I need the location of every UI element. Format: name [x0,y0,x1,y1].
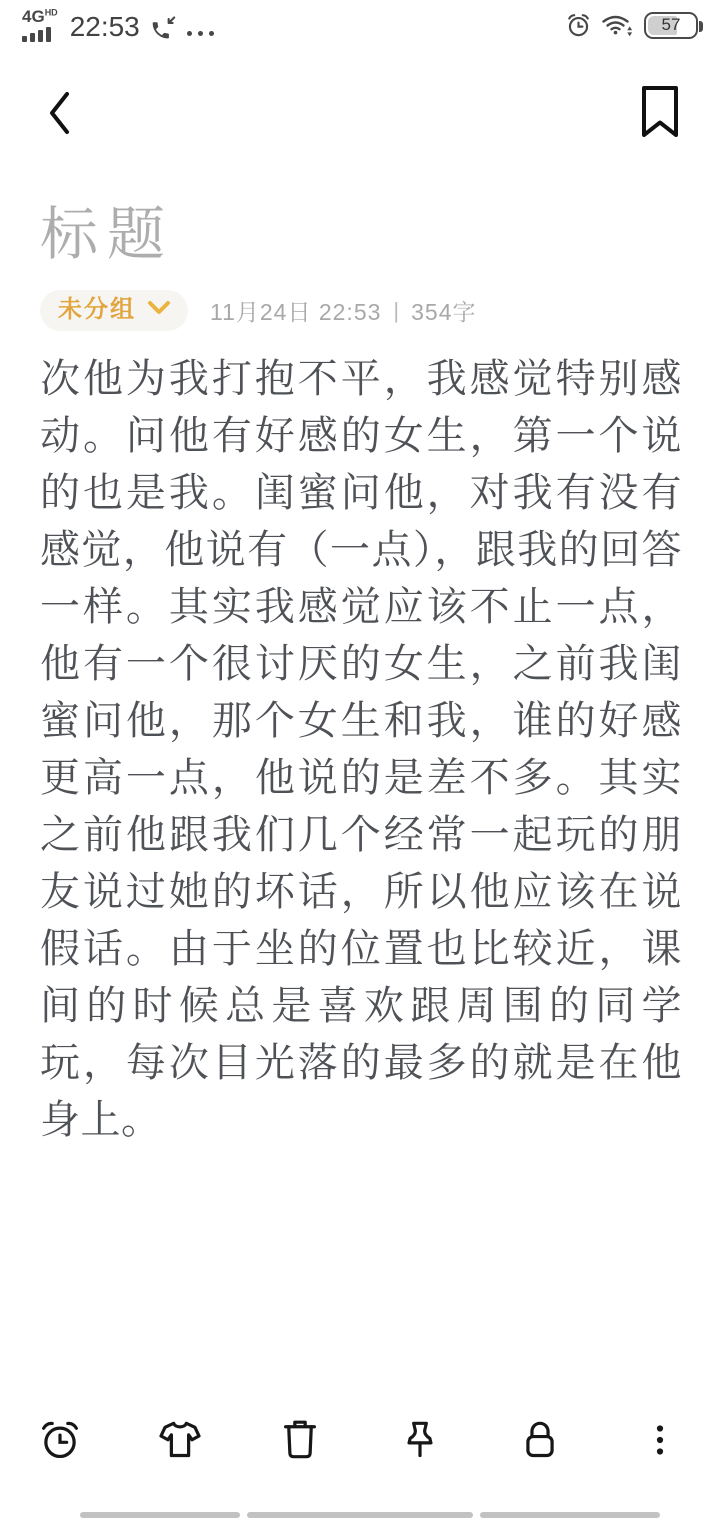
header [0,82,720,144]
clock-time: 22:53 [70,13,140,42]
category-selector[interactable]: 未分组 [40,290,188,331]
note-title-input[interactable]: 标题 [40,202,680,269]
chevron-down-icon [147,300,171,320]
status-bar: 4GHD 22:53 [0,0,720,50]
note-meta-row: 未分组 11月24日 22:53 | 354字 [40,290,680,331]
nav-hint-bar [80,1512,240,1518]
alarm-icon [565,12,592,39]
lock-icon [517,1417,563,1468]
bookmark-button[interactable] [640,84,680,140]
nav-hint-bar [480,1512,660,1518]
category-label: 未分组 [58,298,136,322]
note-date: 11月24日 22:53 [210,294,381,327]
more-button[interactable] [600,1408,720,1476]
skin-button[interactable] [120,1408,240,1476]
pin-icon [397,1417,443,1468]
pin-button[interactable] [360,1408,480,1476]
network-type: 4G [22,7,45,26]
bookmark-icon [640,127,680,144]
back-button[interactable] [42,88,82,138]
reminder-button[interactable] [0,1408,120,1476]
more-icon [637,1417,683,1468]
phone-incoming-icon [150,15,177,42]
wifi-icon [601,12,635,38]
trash-icon [277,1417,323,1468]
delete-button[interactable] [240,1408,360,1476]
word-count: 354字 [411,294,476,327]
gesture-nav-hint[interactable] [80,1512,660,1518]
nav-hint-bar [247,1512,473,1518]
alarm-icon [37,1417,83,1468]
bottom-toolbar [0,1408,720,1476]
lock-button[interactable] [480,1408,600,1476]
back-icon [42,125,80,142]
ellipsis-icon [187,31,214,42]
signal-bars-icon: 4GHD [22,8,58,42]
note-body-text[interactable]: 次他为我打抱不平，我感觉特别感动。问他有好感的女生，第一个说的也是我。闺蜜问他，… [40,351,682,1149]
meta-separator: | [393,298,399,324]
battery-icon: 57 [644,12,698,39]
shirt-icon [157,1417,203,1468]
network-badge: HD [45,7,58,17]
battery-percent: 57 [662,15,681,35]
note-editor-screen: 4GHD 22:53 [0,0,720,1520]
